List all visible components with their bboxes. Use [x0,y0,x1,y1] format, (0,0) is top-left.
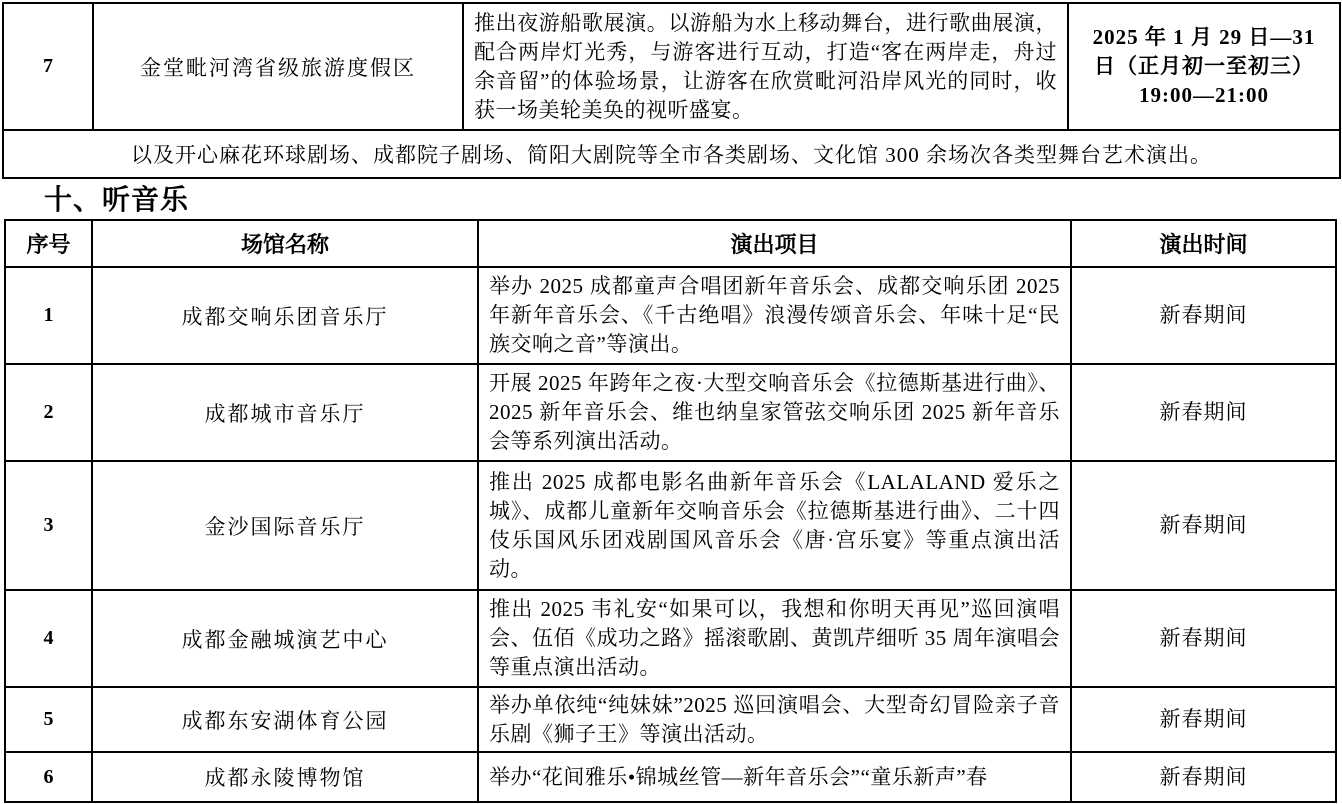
venue-name: 金沙国际音乐厅 [92,461,478,590]
performance-time: 新春期间 [1071,752,1336,802]
row-number: 5 [5,687,92,752]
table-row: 7 金堂毗河湾省级旅游度假区 推出夜游船歌展演。以游船为水上移动舞台，进行歌曲展… [3,3,1340,130]
table-row: 5 成都东安湖体育公园 举办单依纯“纯妹妹”2025 巡回演唱会、大型奇幻冒险亲… [5,687,1336,752]
venue-name: 成都东安湖体育公园 [92,687,478,752]
header-program: 演出项目 [478,220,1071,267]
row-number: 2 [5,364,92,461]
header-venue: 场馆名称 [92,220,478,267]
table-row: 1 成都交响乐团音乐厅 举办 2025 成都童声合唱团新年音乐会、成都交响乐团 … [5,267,1336,364]
row-number: 3 [5,461,92,590]
table-row: 6 成都永陵博物馆 举办“花间雅乐•锦城丝管—新年音乐会”“童乐新声”春 新春期… [5,752,1336,802]
time-hours: 19:00—21:00 [1079,81,1329,110]
venue-name: 成都城市音乐厅 [92,364,478,461]
performance-description: 推出 2025 韦礼安“如果可以，我想和你明天再见”巡回演唱会、伍佰《成功之路》… [478,590,1071,687]
performance-description: 开展 2025 年跨年之夜·大型交响音乐会《拉德斯基进行曲》、2025 新年音乐… [478,364,1071,461]
header-time: 演出时间 [1071,220,1336,267]
performance-description: 推出 2025 成都电影名曲新年音乐会《LALALAND 爱乐之城》、成都儿童新… [478,461,1071,590]
row-number: 6 [5,752,92,802]
section-title: 十、听音乐 [44,178,189,218]
performance-time: 新春期间 [1071,590,1336,687]
table-header-row: 序号 场馆名称 演出项目 演出时间 [5,220,1336,267]
venue-name: 金堂毗河湾省级旅游度假区 [93,3,463,130]
performance-time: 新春期间 [1071,461,1336,590]
performance-time: 2025 年 1 月 29 日—31 日（正月初一至初三） 19:00—21:0… [1068,3,1340,130]
music-venues-table: 序号 场馆名称 演出项目 演出时间 1 成都交响乐团音乐厅 举办 2025 成都… [4,219,1337,803]
table-row: 2 成都城市音乐厅 开展 2025 年跨年之夜·大型交响音乐会《拉德斯基进行曲》… [5,364,1336,461]
performance-description: 举办 2025 成都童声合唱团新年音乐会、成都交响乐团 2025 年新年音乐会、… [478,267,1071,364]
performance-time: 新春期间 [1071,267,1336,364]
summary-row: 以及开心麻花环球剧场、成都院子剧场、简阳大剧院等全市各类剧场、文化馆 300 余… [3,130,1340,178]
table-row: 4 成都金融城演艺中心 推出 2025 韦礼安“如果可以，我想和你明天再见”巡回… [5,590,1336,687]
row-number: 1 [5,267,92,364]
header-number: 序号 [5,220,92,267]
performance-description: 举办单依纯“纯妹妹”2025 巡回演唱会、大型奇幻冒险亲子音乐剧《狮子王》等演出… [478,687,1071,752]
venue-name: 成都交响乐团音乐厅 [92,267,478,364]
table-row: 3 金沙国际音乐厅 推出 2025 成都电影名曲新年音乐会《LALALAND 爱… [5,461,1336,590]
venue-name: 成都金融城演艺中心 [92,590,478,687]
time-date-range: 2025 年 1 月 29 日—31 日（正月初一至初三） [1079,23,1329,81]
performance-description: 举办“花间雅乐•锦城丝管—新年音乐会”“童乐新声”春 [478,752,1071,802]
row-number: 4 [5,590,92,687]
prev-section-table: 7 金堂毗河湾省级旅游度假区 推出夜游船歌展演。以游船为水上移动舞台，进行歌曲展… [2,2,1341,179]
performance-description: 推出夜游船歌展演。以游船为水上移动舞台，进行歌曲展演，配合两岸灯光秀，与游客进行… [463,3,1068,130]
venue-name: 成都永陵博物馆 [92,752,478,802]
performance-time: 新春期间 [1071,687,1336,752]
summary-text: 以及开心麻花环球剧场、成都院子剧场、简阳大剧院等全市各类剧场、文化馆 300 余… [3,130,1340,178]
row-number: 7 [3,3,93,130]
performance-time: 新春期间 [1071,364,1336,461]
